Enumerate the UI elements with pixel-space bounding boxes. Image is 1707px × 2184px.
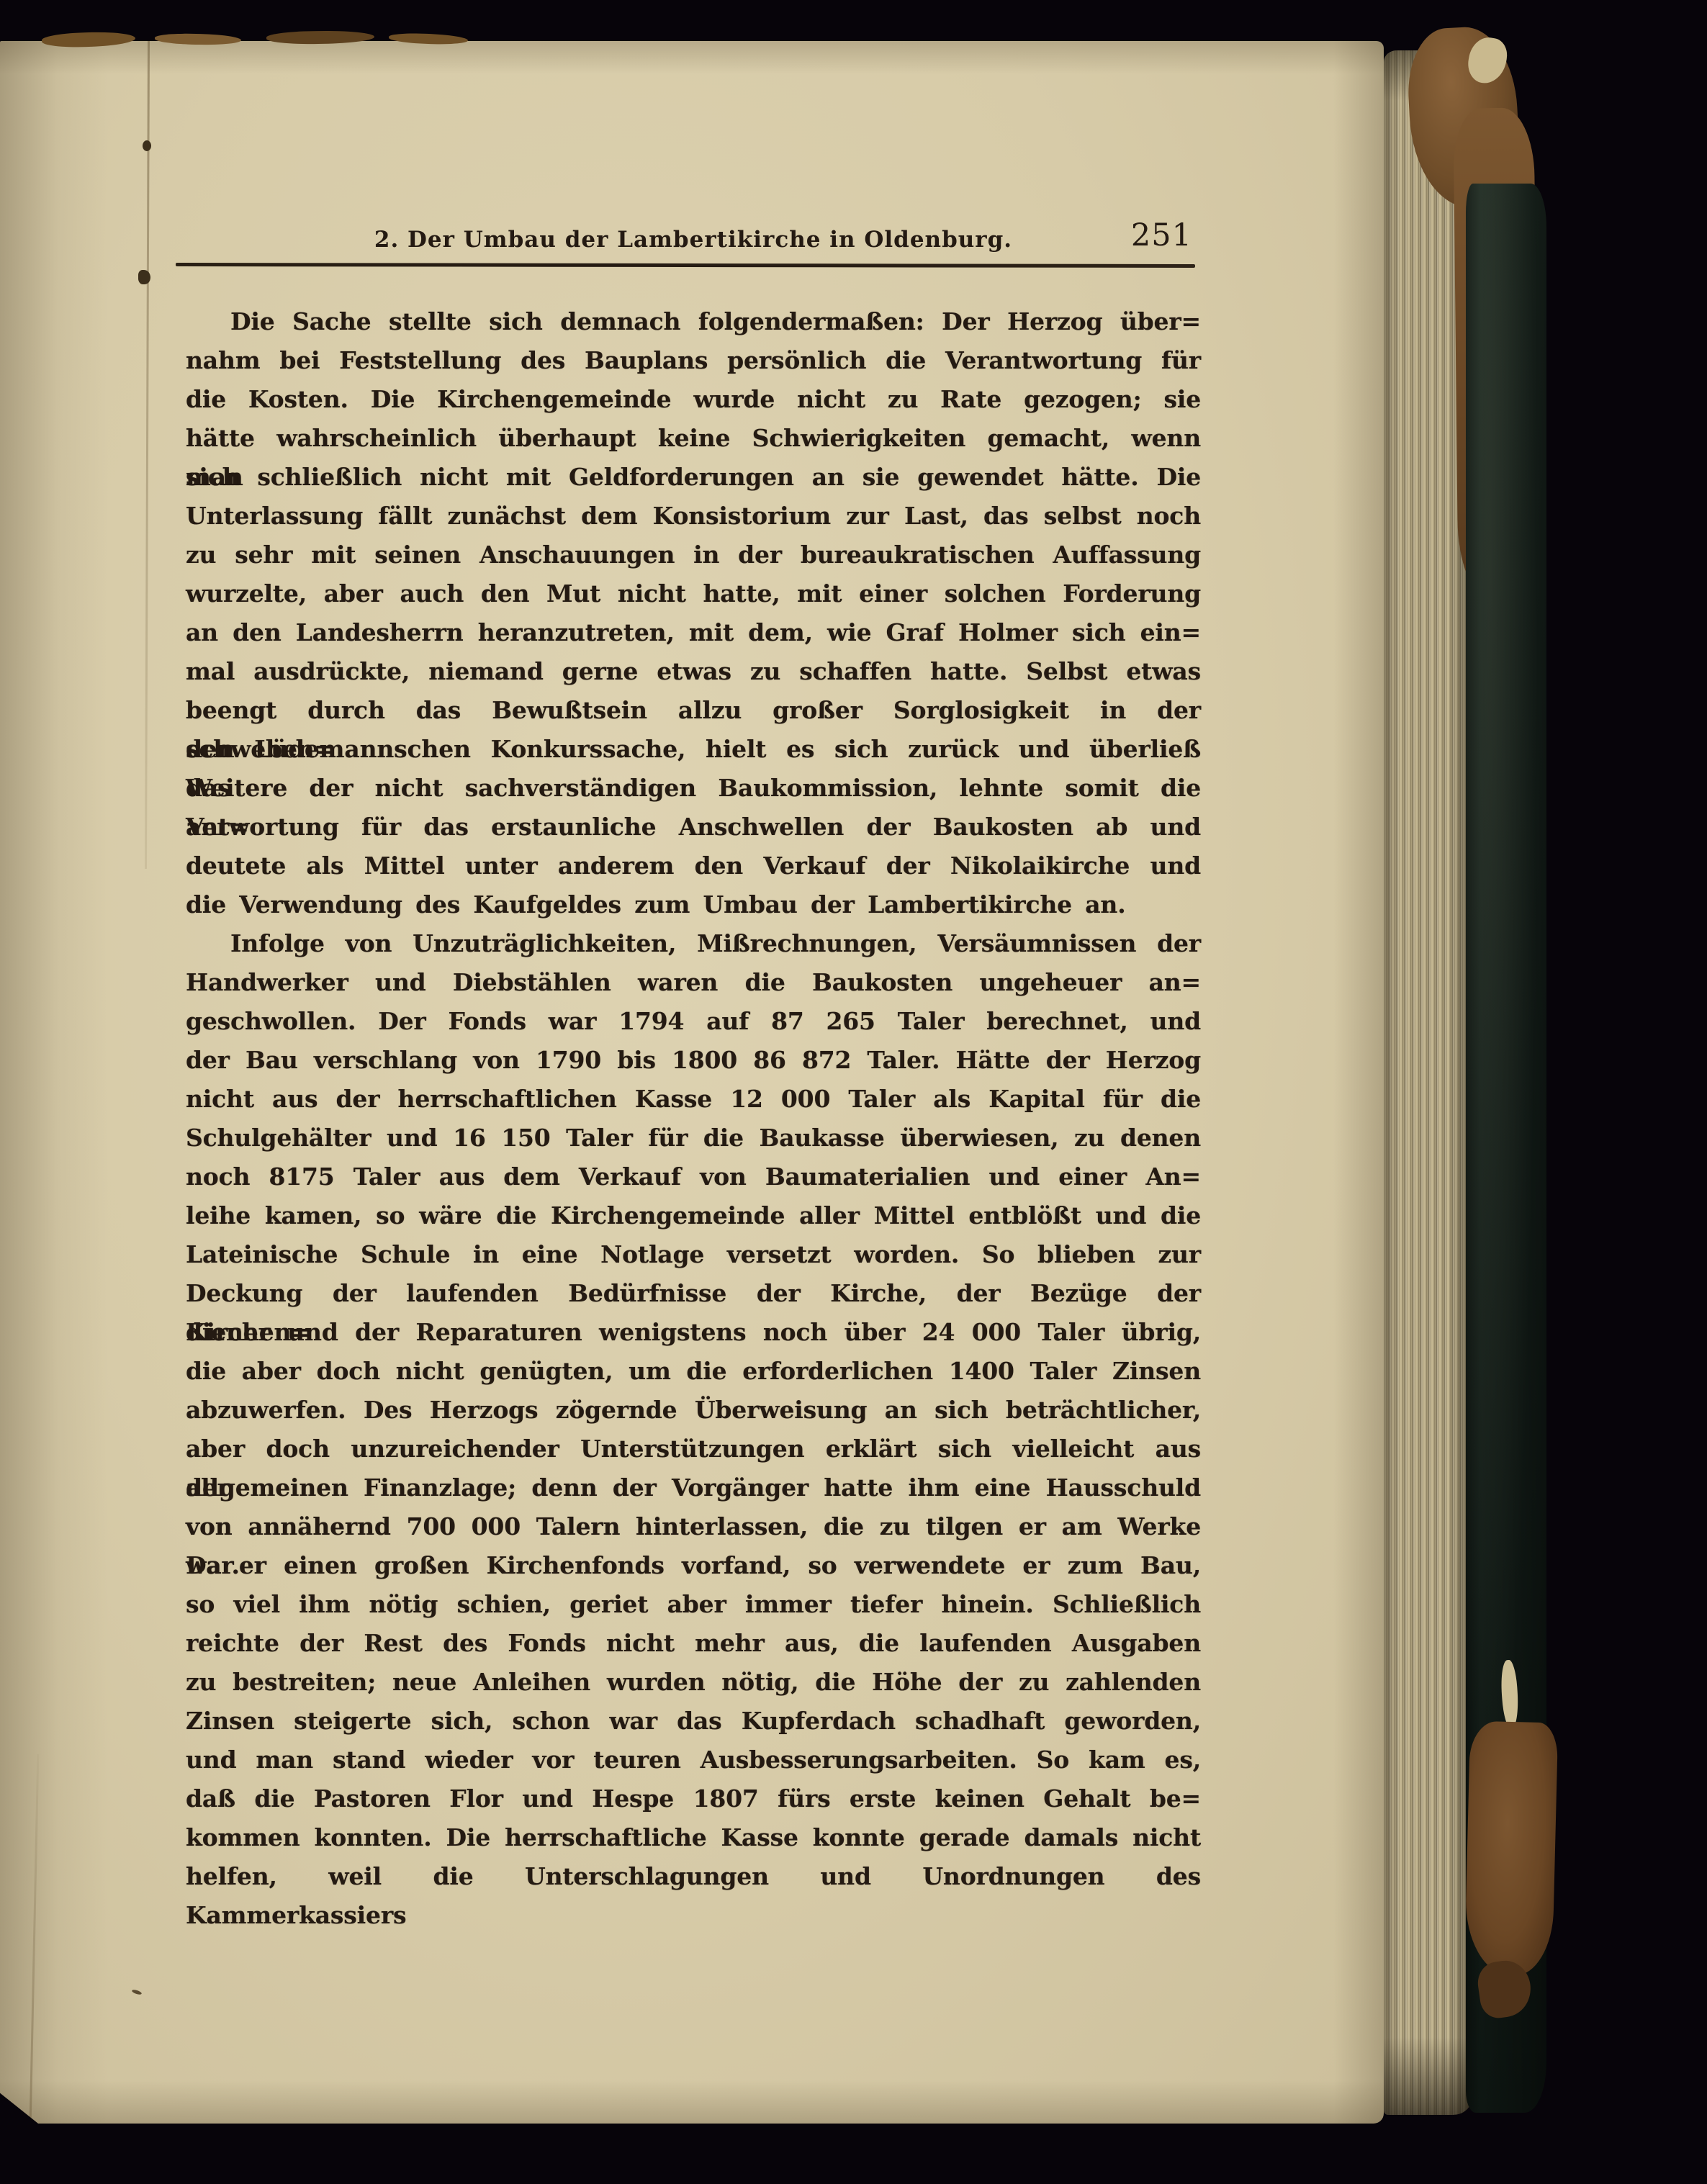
text-line: die aber doch nicht genügten, um die erf… xyxy=(186,1352,1201,1391)
text-line: und man stand wieder vor teuren Ausbesse… xyxy=(186,1741,1201,1779)
text-line: Infolge von Unzuträglichkeiten, Mißrechn… xyxy=(186,924,1201,963)
text-line: abzuwerfen. Des Herzogs zögernde Überwei… xyxy=(186,1391,1201,1430)
text-line: leihe kamen, so wäre die Kirchengemeinde… xyxy=(186,1196,1201,1235)
text-line: noch 8175 Taler aus dem Verkauf von Baum… xyxy=(186,1158,1201,1196)
page-corner-cut xyxy=(0,2092,42,2126)
text-line: nicht aus der herrschaftlichen Kasse 12 … xyxy=(186,1080,1201,1119)
text-line: Zinsen steigerte sich, schon war das Kup… xyxy=(186,1702,1201,1741)
text-line: von annähernd 700 000 Talern hinterlasse… xyxy=(186,1507,1201,1546)
binding-leather-bottom xyxy=(1464,1721,1559,1977)
text-line: hätte wahrscheinlich überhaupt keine Sch… xyxy=(186,419,1201,458)
paper-speck xyxy=(132,1989,143,1995)
text-line: daß die Pastoren Flor und Hespe 1807 für… xyxy=(186,1779,1201,1818)
text-line: reichte der Rest des Fonds nicht mehr au… xyxy=(186,1624,1201,1663)
text-line: die Verwendung des Kaufgeldes zum Umbau … xyxy=(186,885,1201,924)
text-line: Handwerker und Diebstählen waren die Bau… xyxy=(186,963,1201,1002)
text-line: Deckung der laufenden Bedürfnisse der Ki… xyxy=(186,1274,1201,1313)
text-line: wurzelte, aber auch den Mut nicht hatte,… xyxy=(186,574,1201,613)
text-line: helfen, weil die Unterschlagungen und Un… xyxy=(186,1857,1201,1896)
text-line: geschwollen. Der Fonds war 1794 auf 87 2… xyxy=(186,1002,1201,1041)
text-line: an den Landesherrn heranzutreten, mit de… xyxy=(186,613,1201,652)
page-number: 251 xyxy=(1131,217,1192,253)
text-line: aber doch unzureichender Unterstützungen… xyxy=(186,1430,1201,1468)
text-line: Unterlassung fällt zunächst dem Konsisto… xyxy=(186,497,1201,536)
text-line: Lateinische Schule in eine Notlage verse… xyxy=(186,1235,1201,1274)
torn-leather-fray xyxy=(42,31,136,49)
text-line: deutete als Mittel unter anderem den Ver… xyxy=(186,847,1201,885)
sewing-hole xyxy=(138,270,150,284)
text-line: zu bestreiten; neue Anleihen wurden nöti… xyxy=(186,1663,1201,1702)
text-line: antwortung für das erstaunliche Anschwel… xyxy=(186,808,1201,847)
gutter-crease xyxy=(145,41,150,869)
text-line: Da er einen großen Kirchenfonds vorfand,… xyxy=(186,1546,1201,1585)
book-photo: 2. Der Umbau der Lambertikirche in Olden… xyxy=(0,0,1707,2184)
text-line: zu sehr mit seinen Anschauungen in der b… xyxy=(186,536,1201,574)
sewing-hole xyxy=(143,140,151,151)
text-line: allgemeinen Finanzlage; denn der Vorgäng… xyxy=(186,1468,1201,1507)
text-line: kommen konnten. Die herrschaftliche Kass… xyxy=(186,1818,1201,1857)
text-line: diener und der Reparaturen wenigstens no… xyxy=(186,1313,1201,1352)
text-line: mal ausdrückte, niemand gerne etwas zu s… xyxy=(186,652,1201,691)
text-line: Weitere der nicht sachverständigen Bauko… xyxy=(186,769,1201,808)
text-line: den Lüdemannschen Konkurssache, hielt es… xyxy=(186,730,1201,769)
text-body: Die Sache stellte sich demnach folgender… xyxy=(186,302,1201,1896)
gutter-crease xyxy=(30,1754,40,2124)
text-line: nahm bei Feststellung des Bauplans persö… xyxy=(186,341,1201,380)
torn-leather-fray xyxy=(266,30,374,45)
text-line: Die Sache stellte sich demnach folgender… xyxy=(186,302,1201,341)
running-header-title: 2. Der Umbau der Lambertikirche in Olden… xyxy=(186,223,1201,256)
text-line: Schulgehälter und 16 150 Taler für die B… xyxy=(186,1119,1201,1158)
torn-leather-fray xyxy=(389,32,468,45)
page-header: 2. Der Umbau der Lambertikirche in Olden… xyxy=(186,223,1201,263)
text-line: der Bau verschlang von 1790 bis 1800 86 … xyxy=(186,1041,1201,1080)
text-line: so viel ihm nötig schien, geriet aber im… xyxy=(186,1585,1201,1624)
torn-leather-fray xyxy=(155,33,241,45)
text-line: beengt durch das Bewußtsein allzu großer… xyxy=(186,691,1201,730)
text-line: sich schließlich nicht mit Geldforderung… xyxy=(186,458,1201,497)
text-line: die Kosten. Die Kirchengemeinde wurde ni… xyxy=(186,380,1201,419)
